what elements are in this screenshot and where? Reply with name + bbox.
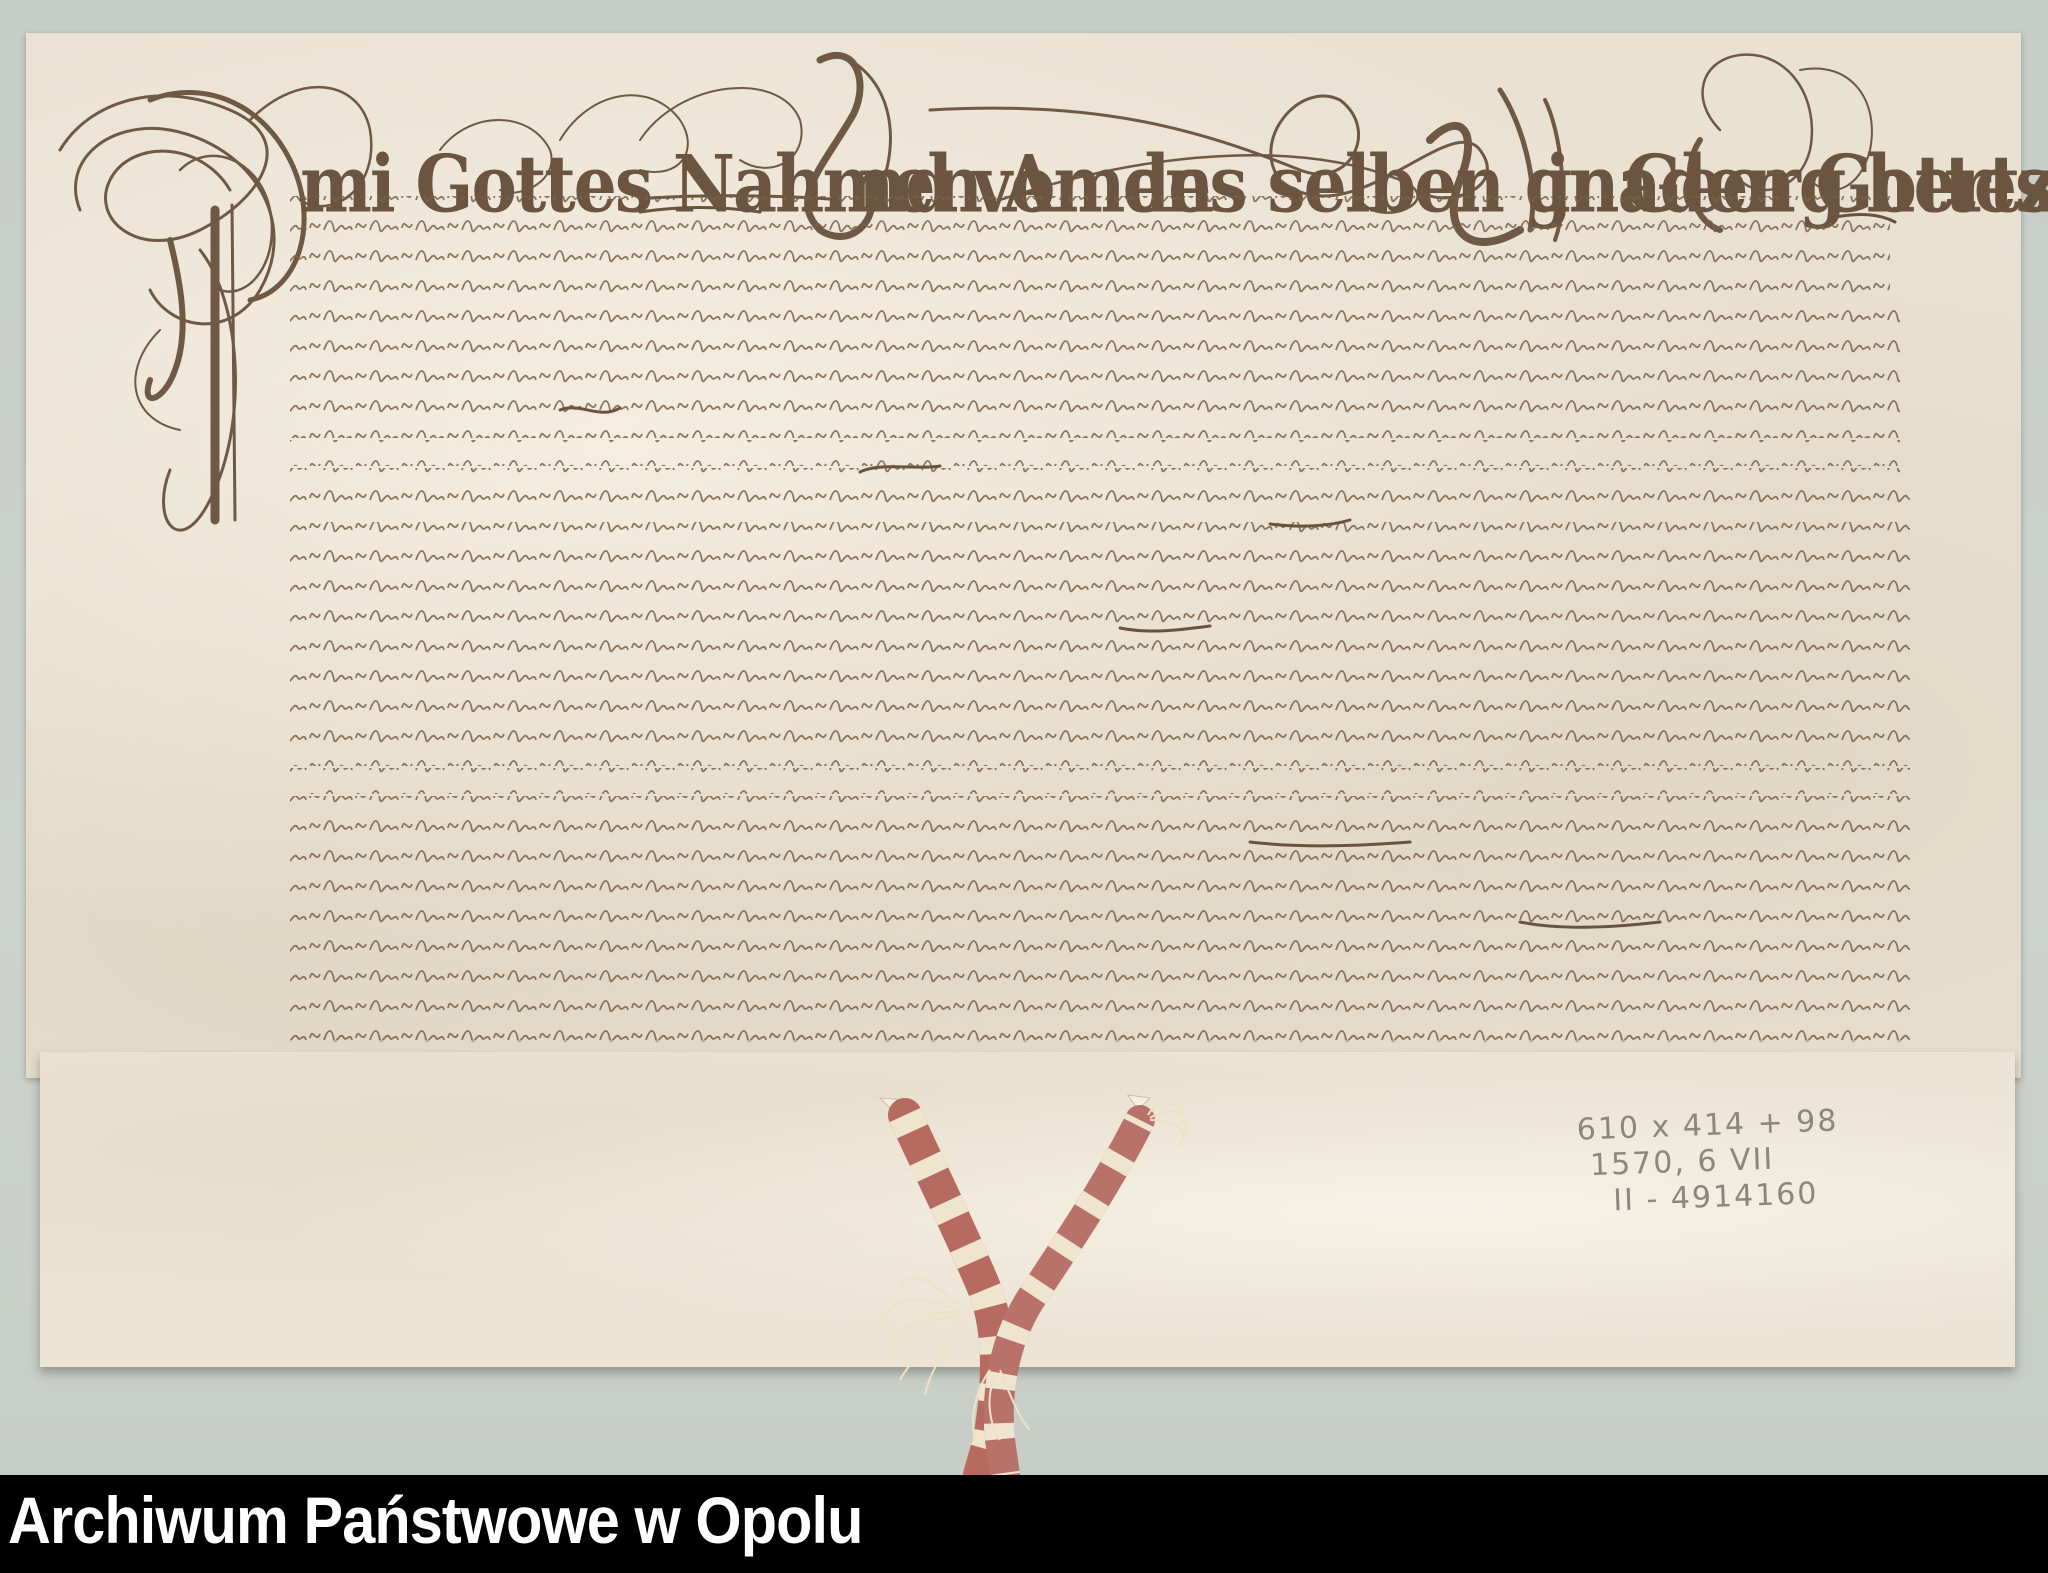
seal-cord <box>0 0 2048 1573</box>
archive-caption: Archiwum Państwowe w Opolu <box>8 1482 862 1558</box>
